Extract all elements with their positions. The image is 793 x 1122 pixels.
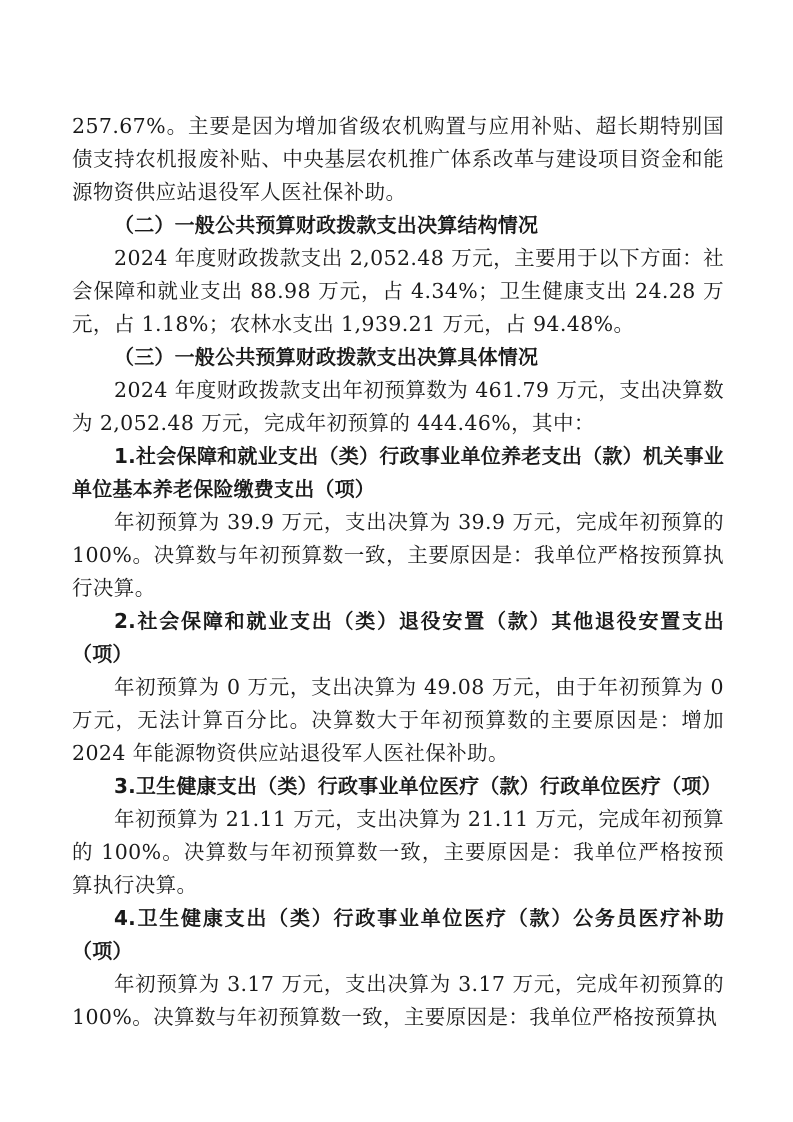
item-heading-2: 2.社会保障和就业支出（类）退役安置（款）其他退役安置支出（项）	[72, 605, 724, 671]
body-paragraph-structure: 2024 年度财政拨款支出 2,052.48 万元，主要用于以下方面：社会保障和…	[72, 242, 724, 341]
item-body-1: 年初预算为 39.9 万元，支出决算为 39.9 万元，完成年初预算的100%。…	[72, 506, 724, 605]
item-body-3: 年初预算为 21.11 万元，支出决算为 21.11 万元，完成年初预算的 10…	[72, 803, 724, 902]
item-heading-1: 1.社会保障和就业支出（类）行政事业单位养老支出（款）机关事业单位基本养老保险缴…	[72, 440, 724, 506]
document-page: 257.67%。主要是因为增加省级农机购置与应用补贴、超长期特别国债支持农机报废…	[72, 110, 724, 1034]
body-paragraph-summary: 2024 年度财政拨款支出年初预算数为 461.79 万元，支出决算数为 2,0…	[72, 374, 724, 440]
item-body-4: 年初预算为 3.17 万元，支出决算为 3.17 万元，完成年初预算的100%。…	[72, 968, 724, 1034]
section-heading-2: （二）一般公共预算财政拨款支出决算结构情况	[72, 209, 724, 242]
body-paragraph-continuation: 257.67%。主要是因为增加省级农机购置与应用补贴、超长期特别国债支持农机报废…	[72, 110, 724, 209]
item-body-2: 年初预算为 0 万元，支出决算为 49.08 万元，由于年初预算为 0 万元，无…	[72, 671, 724, 770]
item-heading-4: 4.卫生健康支出（类）行政事业单位医疗（款）公务员医疗补助（项）	[72, 902, 724, 968]
section-heading-3: （三）一般公共预算财政拨款支出决算具体情况	[72, 341, 724, 374]
item-heading-3: 3.卫生健康支出（类）行政事业单位医疗（款）行政单位医疗（项）	[72, 770, 724, 803]
